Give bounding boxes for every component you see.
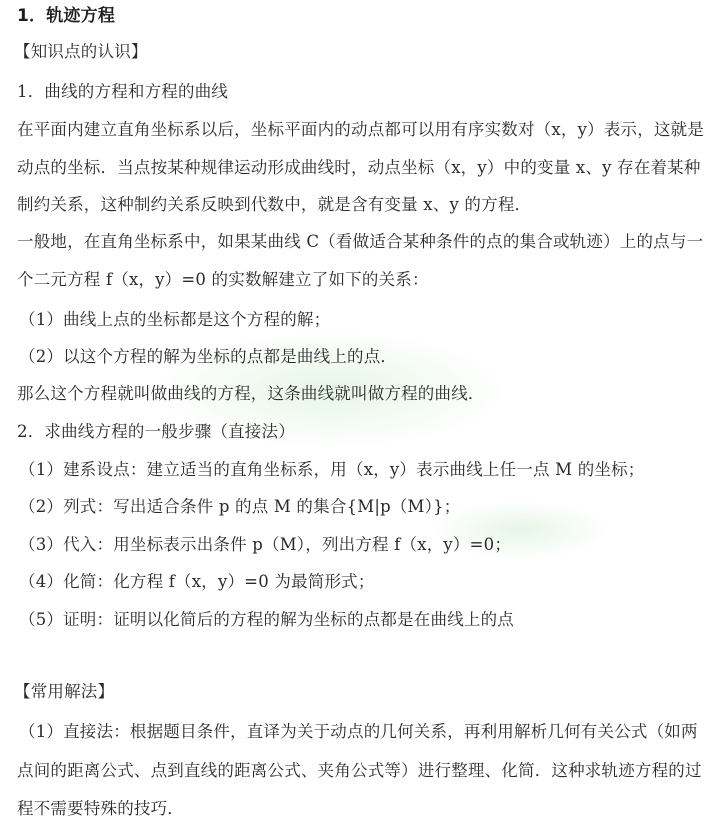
- paragraph-line: 在平面内建立直角坐标系以后，坐标平面内的动点都可以用有序实数对（x，y）表示，这…: [17, 119, 704, 141]
- section-heading-methods: 【常用解法】: [14, 681, 114, 703]
- subsection-heading-curve-equation: 1．曲线的方程和方程的曲线: [17, 81, 228, 103]
- section-heading-knowledge: 【知识点的认识】: [14, 41, 148, 63]
- paragraph-line: 个二元方程 f（x，y）=0 的实数解建立了如下的关系：: [17, 269, 429, 291]
- condition-item: （2）以这个方程的解为坐标的点都是曲线上的点．: [19, 346, 397, 368]
- step-item: （3）代入：用坐标表示出条件 p（M），列出方程 f（x，y）=0；: [19, 534, 511, 556]
- paragraph-line: 那么这个方程就叫做曲线的方程，这条曲线就叫做方程的曲线．: [17, 383, 485, 405]
- paragraph-line: 程不需要特殊的技巧．: [17, 798, 184, 820]
- condition-item: （1）曲线上点的坐标都是这个方程的解；: [19, 309, 330, 331]
- step-item: （1）建系设点：建立适当的直角坐标系，用（x，y）表示曲线上任一点 M 的坐标；: [19, 459, 645, 481]
- step-item: （5）证明：证明以化简后的方程的解为坐标的点都是在曲线上的点: [19, 609, 514, 631]
- step-item: （2）列式：写出适合条件 p 的点 M 的集合{M|p（M）}；: [19, 496, 461, 518]
- paragraph-line: 制约关系，这种制约关系反映到代数中，就是含有变量 x、y 的方程．: [17, 194, 531, 216]
- paragraph-line: （1）直接法：根据题目条件，直译为关于动点的几何关系，再利用解析几何有关公式（如…: [19, 721, 698, 743]
- step-item: （4）化简：化方程 f（x，y）=0 为最简形式；: [19, 571, 375, 593]
- paragraph-line: 一般地，在直角坐标系中，如果某曲线 C（看做适合某种条件的点的集合或轨迹）上的点…: [17, 231, 703, 253]
- paragraph-line: 点间的距离公式、点到直线的距离公式、夹角公式等）进行整理、化简．这种求轨迹方程的…: [17, 760, 702, 782]
- document-title: 1．轨迹方程: [17, 5, 115, 27]
- paragraph-line: 动点的坐标．当点按某种规律运动形成曲线时，动点坐标（x，y）中的变量 x、y 存…: [17, 157, 701, 179]
- subsection-heading-steps: 2．求曲线方程的一般步骤（直接法）: [17, 421, 295, 443]
